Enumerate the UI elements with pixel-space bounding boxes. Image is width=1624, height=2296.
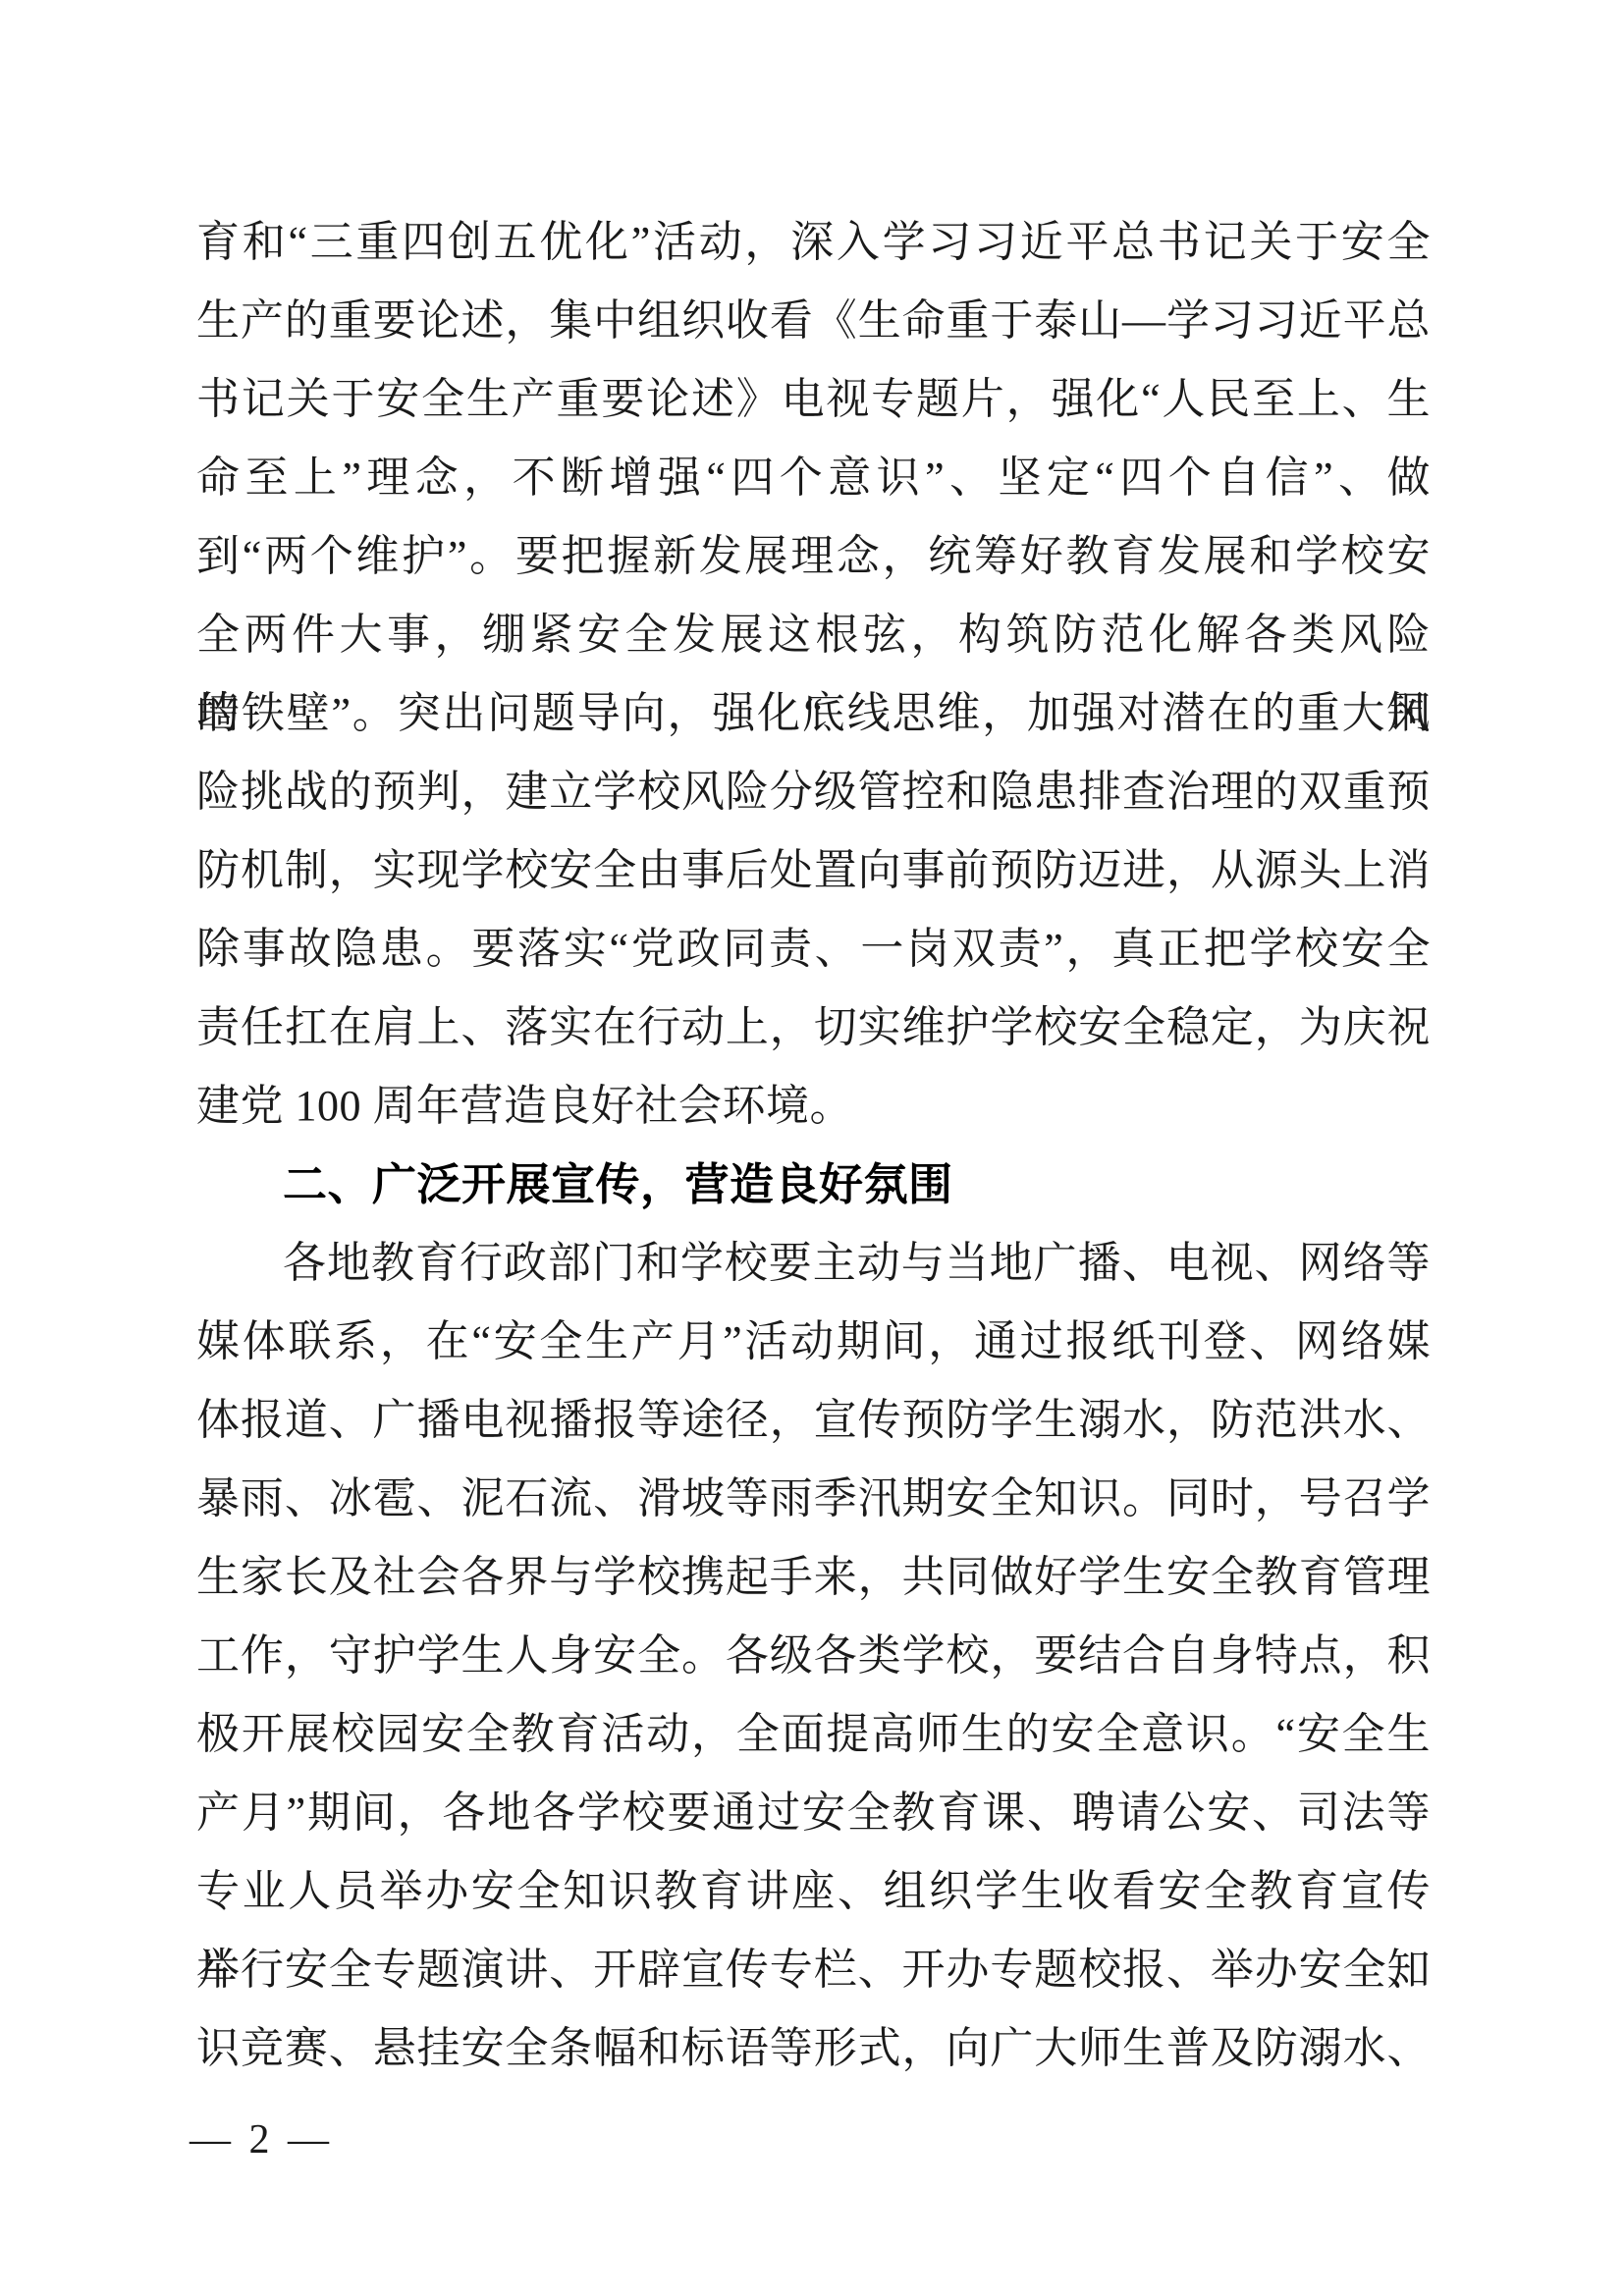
body-line: 工作，守护学生人身安全。各级各类学校，要结合自身特点，积 (196, 1617, 1431, 1695)
body-line: 专业人员举办安全知识教育讲座、组织学生收看安全教育宣传片、 (196, 1852, 1431, 1931)
body-line: 媒体联系，在“安全生产月”活动期间，通过报纸刊登、网络媒 (196, 1303, 1431, 1381)
body-line: 生产的重要论述，集中组织收看《生命重于泰山—学习习近平总 (196, 282, 1431, 360)
body-line: 墙铁壁”。突出问题导向，强化底线思维，加强对潜在的重大风 (196, 674, 1431, 753)
body-line: 命至上”理念，不断增强“四个意识”、坚定“四个自信”、做 (196, 439, 1431, 517)
body-line: 体报道、广播电视播报等途径，宣传预防学生溺水，防范洪水、 (196, 1381, 1431, 1460)
body-line: 生家长及社会各界与学校携起手来，共同做好学生安全教育管理 (196, 1538, 1431, 1617)
body-line: 防机制，实现学校安全由事后处置向事前预防迈进，从源头上消 (196, 831, 1431, 910)
body-line: 到“两个维护”。要把握新发展理念，统筹好教育发展和学校安 (196, 517, 1431, 596)
page-number: — 2 — (189, 2110, 333, 2169)
document-page: 育和“三重四创五优化”活动，深入学习习近平总书记关于安全 生产的重要论述，集中组… (0, 0, 1624, 2296)
body-line: 育和“三重四创五优化”活动，深入学习习近平总书记关于安全 (196, 203, 1431, 282)
section-heading: 二、广泛开展宣传，营造良好氛围 (196, 1146, 1431, 1224)
body-line-indented: 各地教育行政部门和学校要主动与当地广播、电视、网络等 (196, 1224, 1431, 1303)
body-line: 险挑战的预判，建立学校风险分级管控和隐患排查治理的双重预 (196, 753, 1431, 831)
body-line: 识竞赛、悬挂安全条幅和标语等形式，向广大师生普及防溺水、 (196, 2009, 1431, 2088)
body-line: 产月”期间，各地各学校要通过安全教育课、聘请公安、司法等 (196, 1774, 1431, 1852)
body-line: 举行安全专题演讲、开辟宣传专栏、开办专题校报、举办安全知 (196, 1931, 1431, 2009)
document-body: 育和“三重四创五优化”活动，深入学习习近平总书记关于安全 生产的重要论述，集中组… (196, 203, 1431, 2088)
body-line: 除事故隐患。要落实“党政同责、一岗双责”，真正把学校安全 (196, 910, 1431, 988)
paragraph-end-line: 建党 100 周年营造良好社会环境。 (196, 1067, 1431, 1146)
body-line: 极开展校园安全教育活动，全面提高师生的安全意识。“安全生 (196, 1695, 1431, 1774)
body-line: 书记关于安全生产重要论述》电视专题片，强化“人民至上、生 (196, 360, 1431, 439)
body-line: 暴雨、冰雹、泥石流、滑坡等雨季汛期安全知识。同时，号召学 (196, 1460, 1431, 1538)
body-line: 全两件大事，绷紧安全发展这根弦，构筑防范化解各类风险的“铜 (196, 596, 1431, 674)
body-line: 责任扛在肩上、落实在行动上，切实维护学校安全稳定，为庆祝 (196, 988, 1431, 1067)
